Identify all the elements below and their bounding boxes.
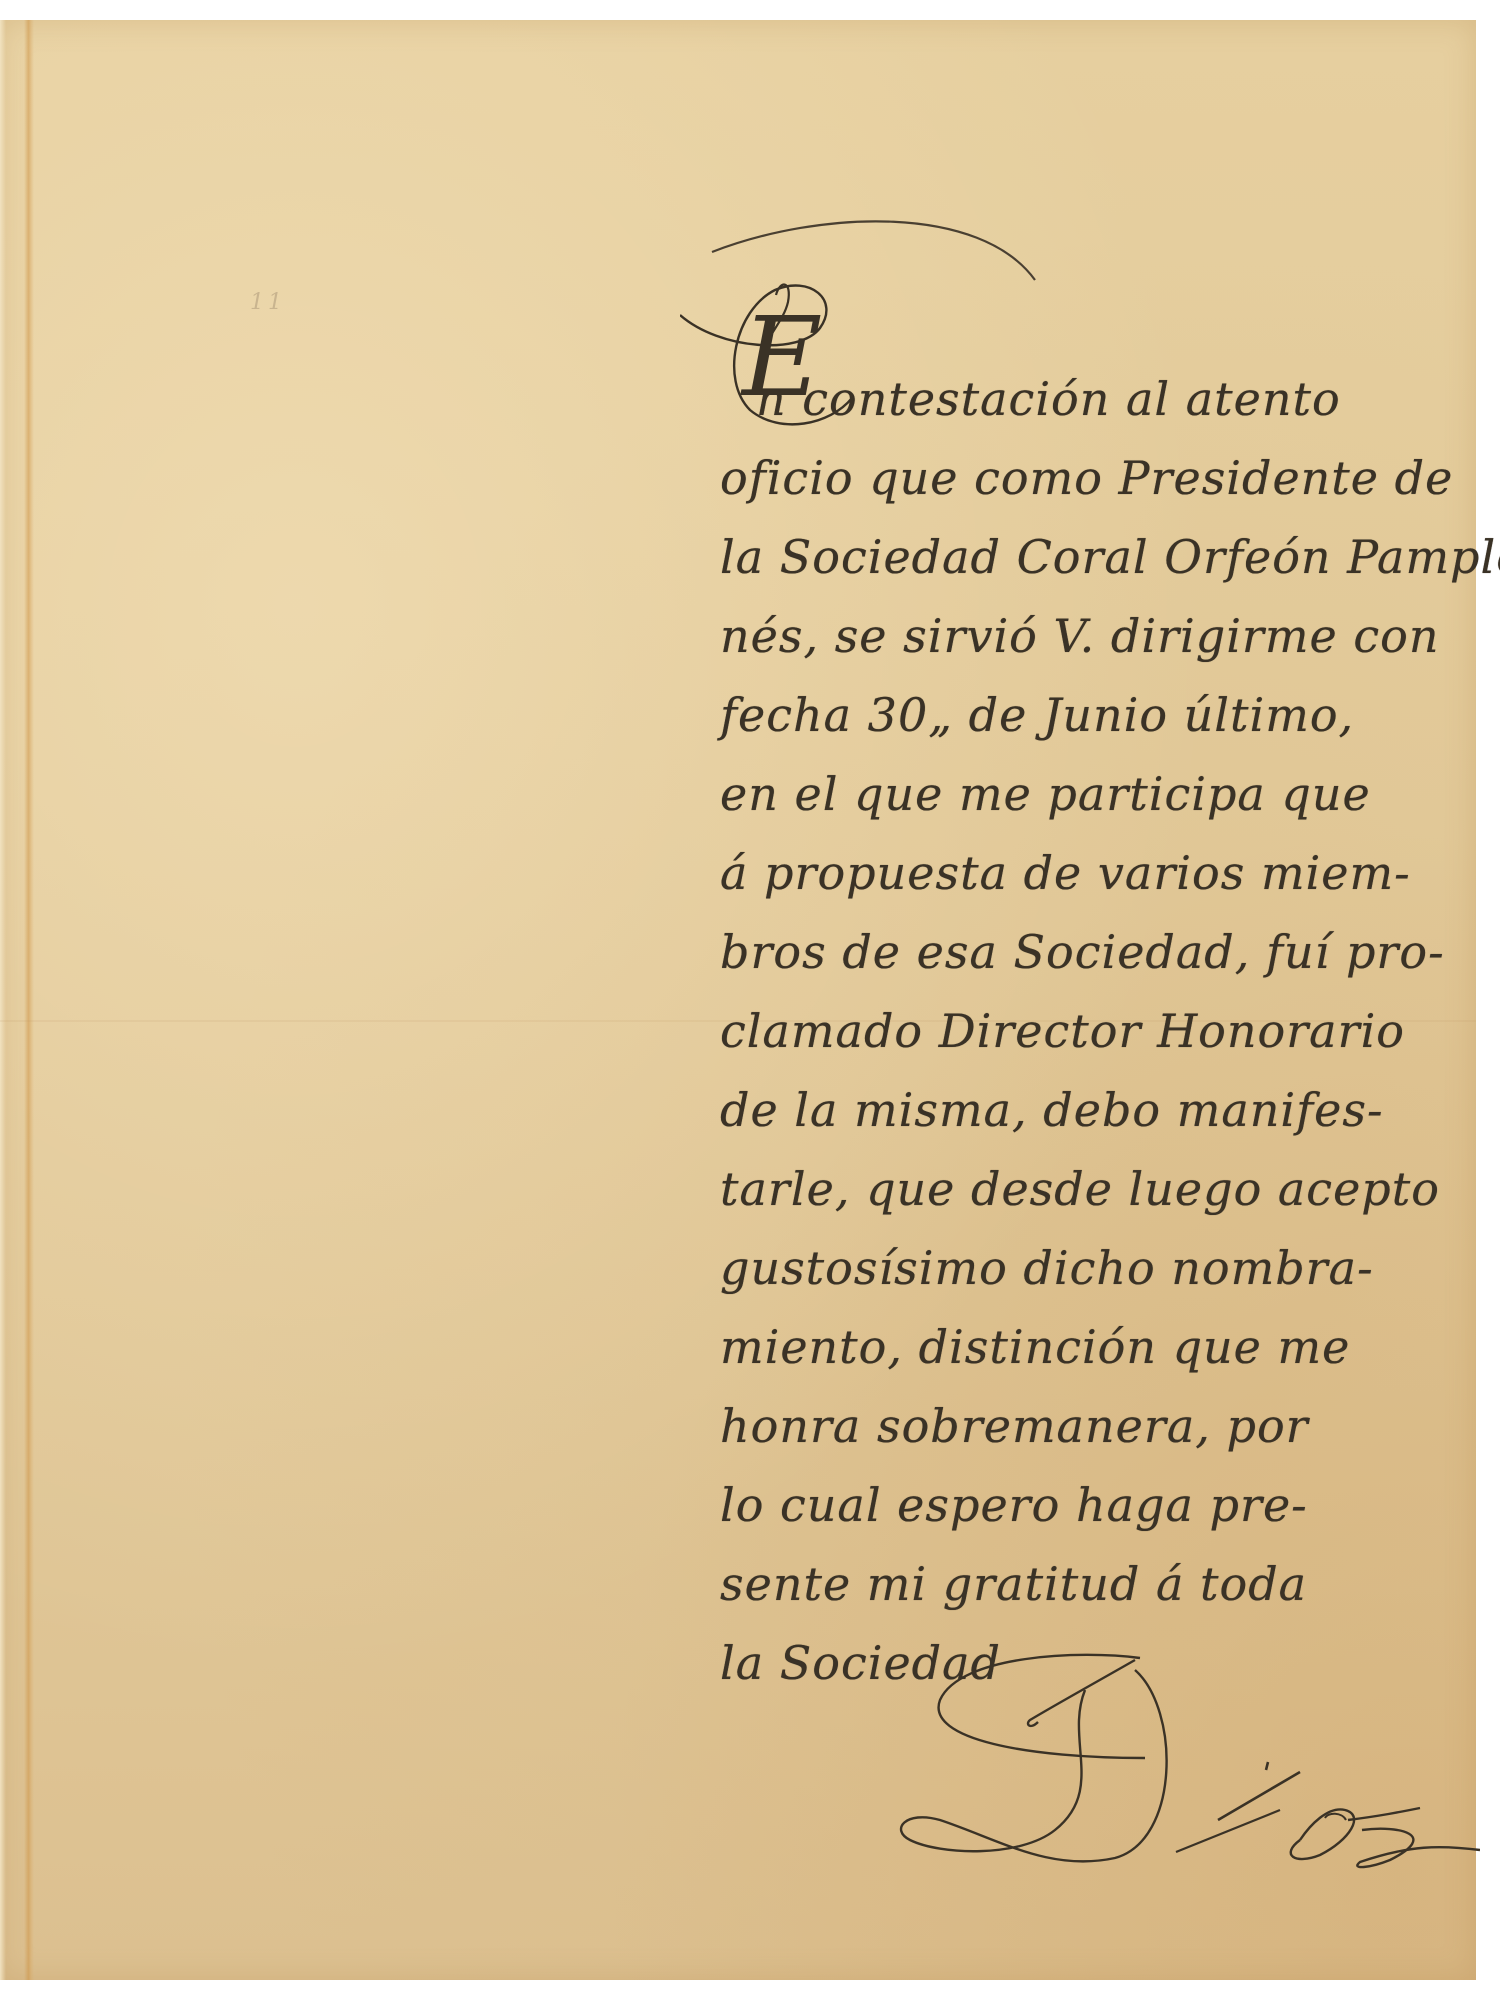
letter-line-14: honra sobremanera, por (720, 1387, 1480, 1466)
letter-drop-cap: E (742, 302, 822, 412)
letter-line-6: en el que me participa que (720, 755, 1480, 834)
pencil-margin-mark: 11 (250, 290, 286, 315)
letter-line-3: la Sociedad Coral Orfeón Pamplo- (720, 518, 1480, 597)
letter-line-2: oficio que como Presidente de (720, 439, 1480, 518)
letter-line-15: lo cual espero haga pre- (720, 1466, 1480, 1545)
letter-line-16: sente mi gratitud á toda (720, 1545, 1480, 1624)
letter-line-4: nés, se sirvió V. dirigirme con (720, 597, 1480, 676)
letter-line-13: miento, distinción que me (720, 1308, 1480, 1387)
paper-left-edge (0, 20, 6, 1980)
letter-line-1: n contestación al atento (720, 360, 1480, 439)
letter-line-11: tarle, que desde luego acepto (720, 1150, 1480, 1229)
letter-line-10: de la misma, debo manifes- (720, 1071, 1480, 1150)
letter-line-8: bros de esa Sociedad, fuí pro- (720, 913, 1480, 992)
letter-line-7: á propuesta de varios miem- (720, 834, 1480, 913)
letter-line-5: fecha 30„ de Junio último, (720, 676, 1480, 755)
paper-vertical-crease (24, 20, 34, 1980)
letter-body: E n contestación al atento oficio que co… (720, 360, 1480, 1703)
letter-line-9: clamado Director Honorario (720, 992, 1480, 1071)
letter-line-12: gustosísimo dicho nombra- (720, 1229, 1480, 1308)
